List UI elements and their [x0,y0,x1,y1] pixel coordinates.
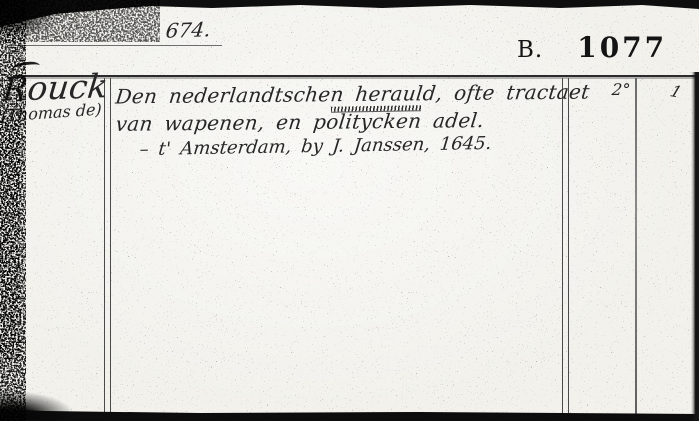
shelfmark: B. 1077 [517,31,667,64]
author-column-divider [104,78,111,414]
scan-blob-top-left [0,0,58,36]
format-value: 2° [611,80,631,99]
scan-edge-top [0,0,699,28]
copies-value: 1 [668,82,685,102]
page-number: 674. [165,17,212,43]
imprint-line: – t' Amsterdam, by J. Janssen, 1645. [139,133,493,160]
shelfmark-prefix: B. [517,37,543,63]
catalog-card: 674. B. 1077 Rouck (Thomas de) Den neder… [0,0,699,421]
shelfmark-number: 1077 [577,31,667,64]
page-number-underline [8,45,222,46]
format-column-divider [562,78,569,414]
header-rule [13,75,699,77]
copies-column-divider [635,78,637,414]
scan-edge-right [691,72,699,421]
title-line-1: Den nederlandtschen herauld, ofte tracta… [114,80,591,109]
scan-blob-bottom-left [0,392,72,420]
title-line-2: van wapenen, en politycken adel. [114,108,485,136]
